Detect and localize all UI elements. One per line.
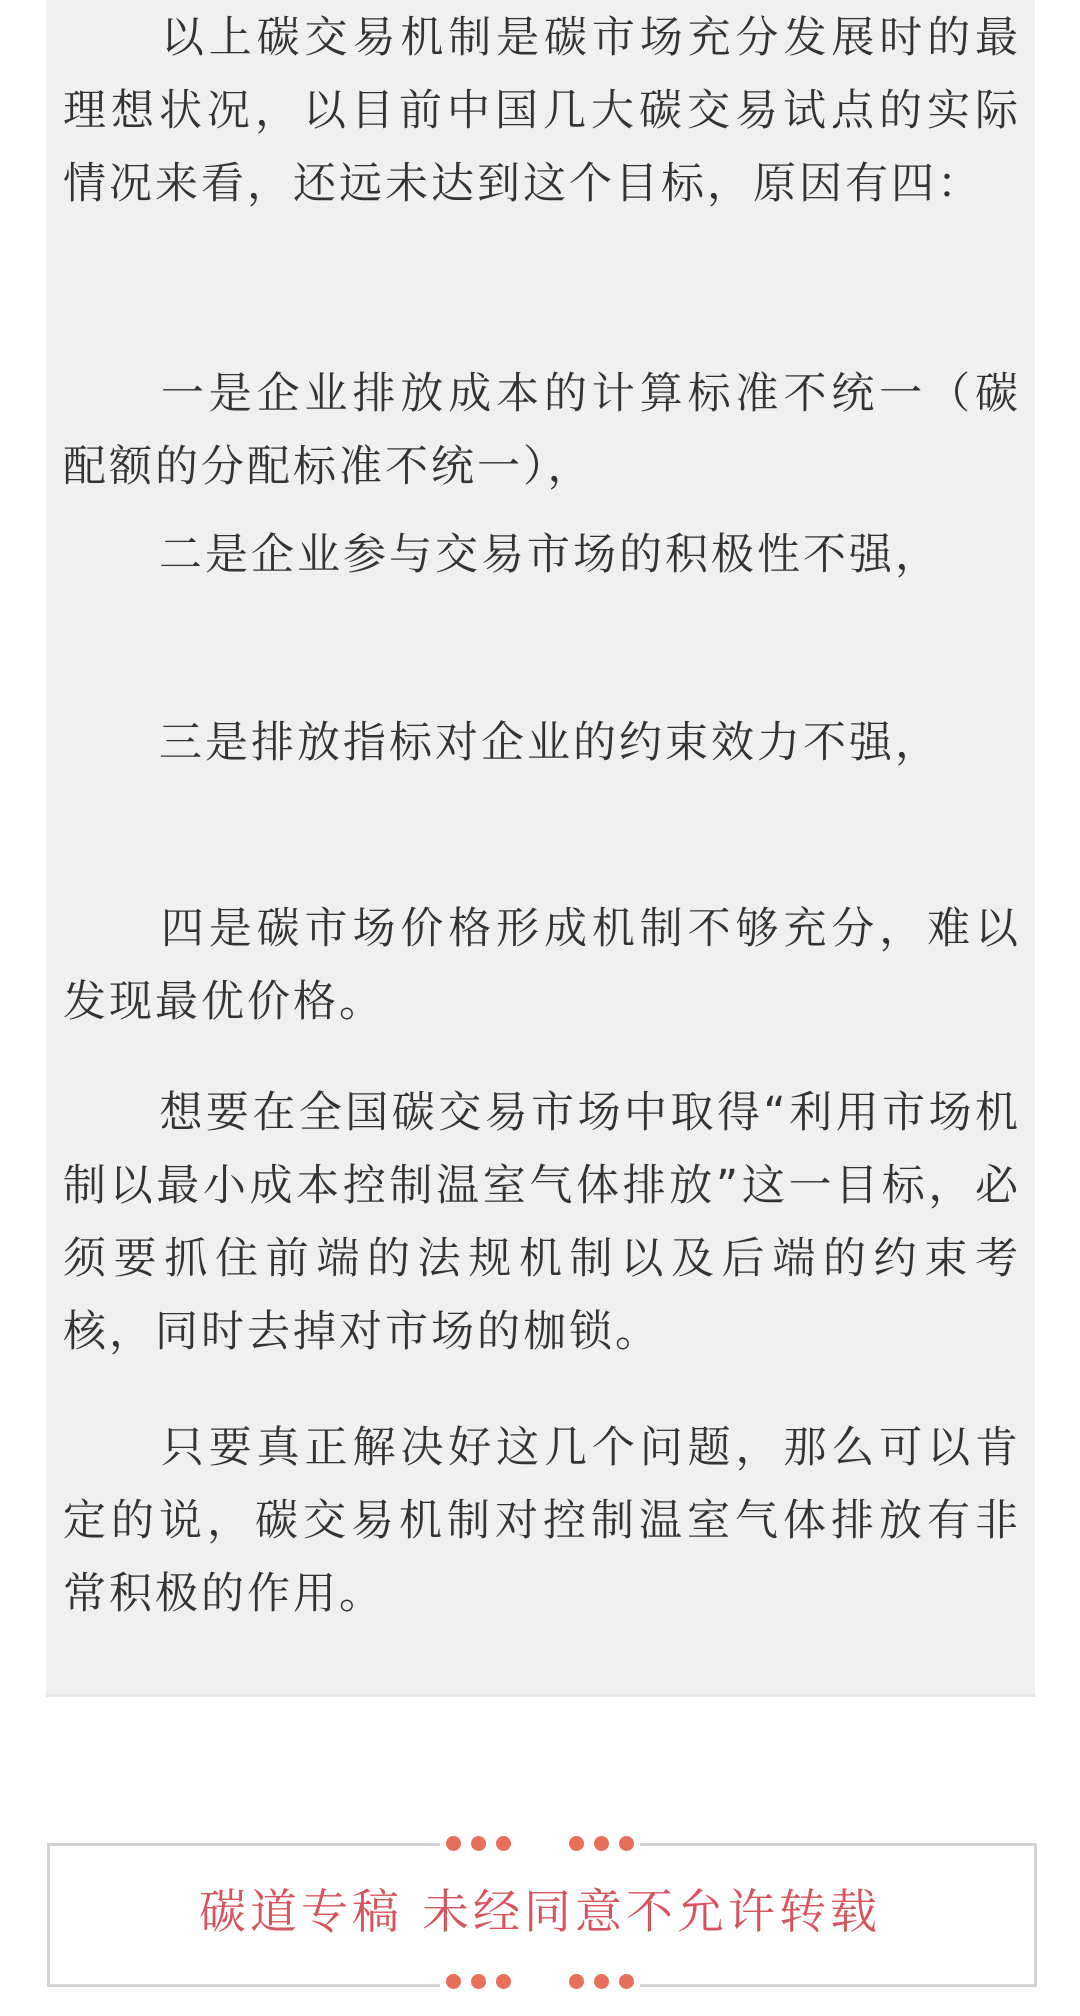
paragraph-text: 想要在全国碳交易市场中取得“利用市场机制以最小成本控制温室气体排放”这一目标，必…: [63, 1088, 1021, 1357]
dot-icon: [619, 1974, 634, 1989]
copyright-notice-text: 碳道专稿 未经同意不允许转载: [0, 1883, 1080, 1943]
dot-icon: [446, 1974, 461, 1989]
paragraph-reason-2: 二是企业参与交易市场的积极性不强，: [63, 519, 1021, 592]
paragraph-text: 一是企业排放成本的计算标准不统一（碳配额的分配标准不统一），: [63, 369, 1021, 492]
paragraph-reason-1: 一是企业排放成本的计算标准不统一（碳配额的分配标准不统一），: [63, 358, 1021, 504]
dot-icon: [471, 1836, 486, 1851]
paragraph-reason-3: 三是排放指标对企业的约束效力不强，: [63, 707, 1021, 780]
paragraph-text: 以上碳交易机制是碳市场充分发展时的最理想状况，以目前中国几大碳交易试点的实际情况…: [63, 13, 1021, 209]
paragraph-reason-4: 四是碳市场价格形成机制不够充分，难以发现最优价格。: [63, 893, 1021, 1039]
dots-decoration-top: [440, 1832, 640, 1854]
dot-icon: [471, 1974, 486, 1989]
paragraph-text: 三是排放指标对企业的约束效力不强，: [159, 718, 941, 768]
paragraph-text: 四是碳市场价格形成机制不够充分，难以发现最优价格。: [63, 904, 1021, 1027]
dot-icon: [496, 1974, 511, 1989]
paragraph-conclusion: 只要真正解决好这几个问题，那么可以肯定的说，碳交易机制对控制温室气体排放有非常积…: [63, 1412, 1021, 1631]
dot-icon: [569, 1974, 584, 1989]
paragraph-text: 二是企业参与交易市场的积极性不强，: [159, 530, 941, 580]
paragraph-goal: 想要在全国碳交易市场中取得“利用市场机制以最小成本控制温室气体排放”这一目标，必…: [63, 1077, 1021, 1369]
dot-icon: [569, 1836, 584, 1851]
paragraph-intro: 以上碳交易机制是碳市场充分发展时的最理想状况，以目前中国几大碳交易试点的实际情况…: [63, 2, 1021, 221]
dot-icon: [594, 1974, 609, 1989]
dot-icon: [619, 1836, 634, 1851]
dot-icon: [594, 1836, 609, 1851]
paragraph-text: 只要真正解决好这几个问题，那么可以肯定的说，碳交易机制对控制温室气体排放有非常积…: [63, 1423, 1021, 1619]
dots-decoration-bottom: [440, 1970, 640, 1992]
quote-block-edge: [46, 1694, 1035, 1697]
dot-icon: [446, 1836, 461, 1851]
dot-icon: [496, 1836, 511, 1851]
